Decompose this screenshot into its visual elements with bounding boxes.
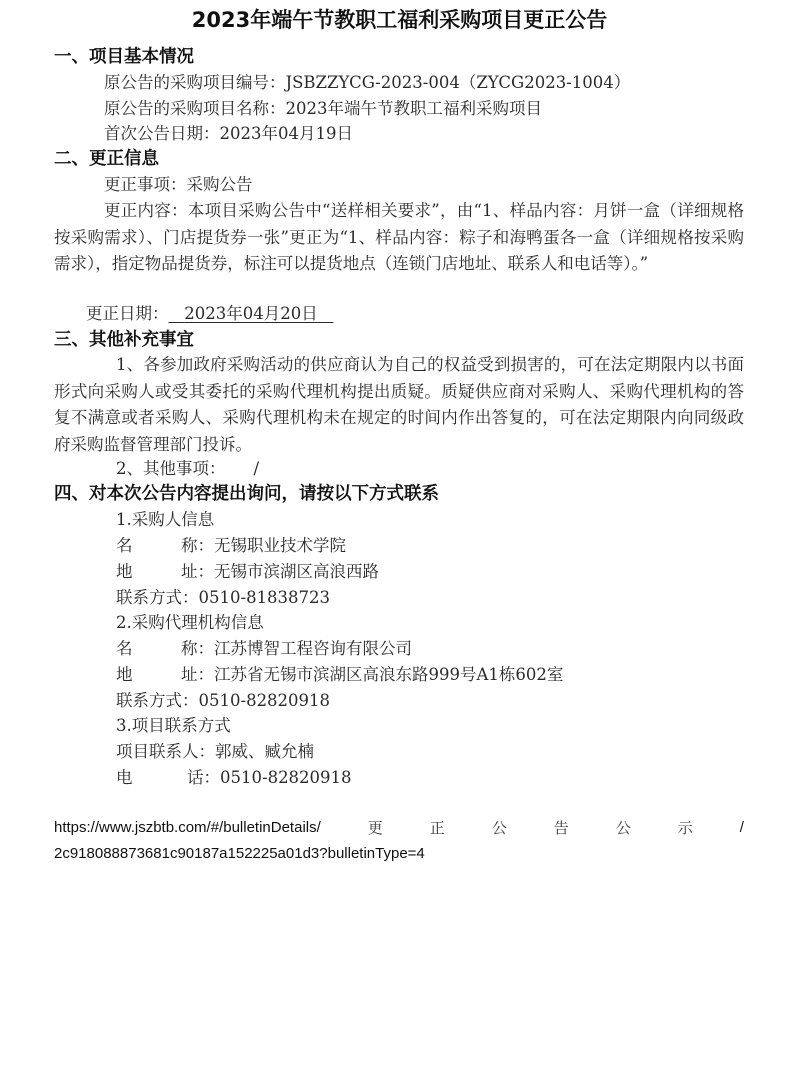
project-phone-line: 电话：0510-82820918: [116, 765, 352, 791]
project-person-label: 项目联系人：: [116, 742, 215, 761]
agency-name: 江苏博智工程咨询有限公司: [214, 639, 412, 658]
correction-date-line: 更正日期： 2023年04月20日: [86, 301, 333, 327]
supplement-item-1: 1、各参加政府采购活动的供应商认为自己的权益受到损害的，可在法定期限内以书面形式…: [54, 352, 744, 458]
url-char: 示: [678, 815, 693, 841]
purchaser-address-line: 地址：无锡市滨湖区高浪西路: [116, 559, 379, 585]
url-char: 更: [368, 815, 383, 841]
first-date-line: 首次公告日期：2023年04月19日: [104, 121, 353, 147]
source-url: https://www.jszbtb.com/#/bulletinDetails…: [54, 815, 744, 867]
url-part-1[interactable]: https://www.jszbtb.com/#/bulletinDetails…: [54, 815, 321, 841]
section-2-heading: 二、更正信息: [54, 146, 159, 172]
original-name-value: 2023年端午节教职工福利采购项目: [286, 99, 543, 118]
section-1-heading: 一、项目基本情况: [54, 44, 194, 70]
agency-contact-line: 联系方式：0510-82820918: [116, 688, 330, 714]
agency-contact: 0510-82820918: [199, 691, 331, 710]
correction-date-value: 2023年04月20日: [169, 304, 334, 323]
supplement-item-2: 2、其他事项：/: [116, 456, 259, 482]
supplement-item-2-value: /: [254, 459, 260, 478]
agency-address: 江苏省无锡市滨湖区高浪东路999号A1栋602室: [214, 665, 563, 684]
correction-item-value: 采购公告: [187, 175, 253, 194]
correction-item-line: 更正事项：采购公告: [104, 172, 253, 198]
agency-contact-label: 联系方式：: [116, 691, 199, 710]
first-date-value: 2023年04月19日: [220, 124, 353, 143]
agency-address-line: 地址：江苏省无锡市滨湖区高浪东路999号A1栋602室: [116, 662, 563, 688]
purchaser-contact-line: 联系方式：0510-81838723: [116, 585, 330, 611]
agency-info-title: 2.采购代理机构信息: [116, 610, 264, 636]
correction-date-label: 更正日期：: [86, 304, 169, 323]
original-number-label: 原公告的采购项目编号：: [104, 73, 286, 92]
url-char: 正: [430, 815, 445, 841]
original-number-value: JSBZZYCG-2023-004（ZYCG2023-1004）: [286, 73, 631, 92]
url-char: 告: [554, 815, 569, 841]
page-title: 2023年端午节教职工福利采购项目更正公告: [0, 4, 799, 36]
project-contact-title: 3.项目联系方式: [116, 713, 231, 739]
url-char: /: [740, 815, 744, 841]
original-name-label: 原公告的采购项目名称：: [104, 99, 286, 118]
agency-name-line: 名称：江苏博智工程咨询有限公司: [116, 636, 412, 662]
purchaser-contact: 0510-81838723: [199, 588, 331, 607]
purchaser-name: 无锡职业技术学院: [214, 536, 346, 555]
purchaser-info-title: 1.采购人信息: [116, 507, 214, 533]
purchaser-contact-label: 联系方式：: [116, 588, 199, 607]
url-part-2[interactable]: 2c918088873681c90187a152225a01d3?bulleti…: [54, 841, 744, 867]
first-date-label: 首次公告日期：: [104, 124, 220, 143]
original-name-line: 原公告的采购项目名称：2023年端午节教职工福利采购项目: [104, 96, 542, 122]
supplement-item-2-label: 2、其他事项：: [116, 459, 226, 478]
section-3-heading: 三、其他补充事宜: [54, 327, 194, 353]
url-char: 公: [616, 815, 631, 841]
correction-content-label: 更正内容：: [104, 201, 188, 220]
project-person-line: 项目联系人：郭威、臧允楠: [116, 739, 314, 765]
purchaser-address: 无锡市滨湖区高浪西路: [214, 562, 379, 581]
correction-item-label: 更正事项：: [104, 175, 187, 194]
section-4-heading: 四、对本次公告内容提出询问，请按以下方式联系: [54, 481, 439, 507]
correction-content: 更正内容：本项目采购公告中“送样相关要求”，由“1、样品内容：月饼一盒（详细规格…: [54, 198, 744, 278]
project-phone: 0510-82820918: [220, 768, 352, 787]
original-number-line: 原公告的采购项目编号：JSBZZYCG-2023-004（ZYCG2023-10…: [104, 70, 630, 96]
purchaser-name-line: 名称：无锡职业技术学院: [116, 533, 346, 559]
url-char: 公: [492, 815, 507, 841]
project-person: 郭威、臧允楠: [215, 742, 314, 761]
